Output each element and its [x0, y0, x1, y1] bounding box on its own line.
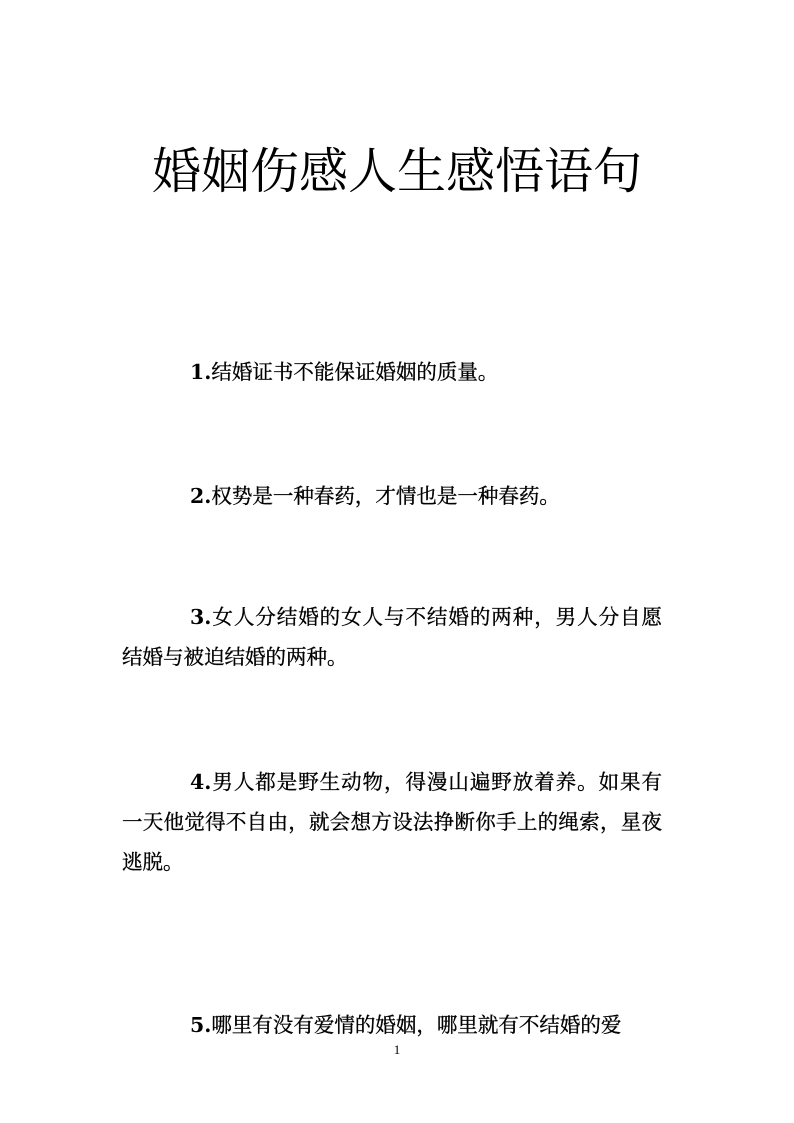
paragraph-5: 5.哪里有没有爱情的婚姻，哪里就有不结婚的爱 — [122, 1005, 662, 1045]
paragraph-number: 5. — [190, 1013, 211, 1037]
document-page: 婚姻伤感人生感悟语句 1.结婚证书不能保证婚姻的质量。 2.权势是一种春药，才情… — [0, 0, 794, 1123]
paragraph-2: 2.权势是一种春药，才情也是一种春药。 — [122, 476, 662, 516]
page-number: 1 — [0, 1042, 794, 1058]
paragraph-4: 4.男人都是野生动物，得漫山遍野放着养。如果有一天他觉得不自由，就会想方设法挣断… — [122, 762, 662, 882]
paragraph-text: 权势是一种春药，才情也是一种春药。 — [211, 484, 560, 508]
paragraph-1: 1.结婚证书不能保证婚姻的质量。 — [122, 352, 662, 392]
paragraph-text: 哪里有没有爱情的婚姻，哪里就有不结婚的爱 — [211, 1013, 621, 1037]
paragraph-number: 4. — [190, 770, 211, 794]
paragraph-number: 1. — [190, 360, 211, 384]
paragraph-number: 3. — [190, 605, 211, 629]
document-title: 婚姻伤感人生感悟语句 — [0, 140, 794, 204]
paragraph-number: 2. — [190, 484, 211, 508]
paragraph-3: 3.女人分结婚的女人与不结婚的两种，男人分自愿结婚与被迫结婚的两种。 — [122, 597, 662, 677]
paragraph-text: 结婚证书不能保证婚姻的质量。 — [211, 360, 498, 384]
